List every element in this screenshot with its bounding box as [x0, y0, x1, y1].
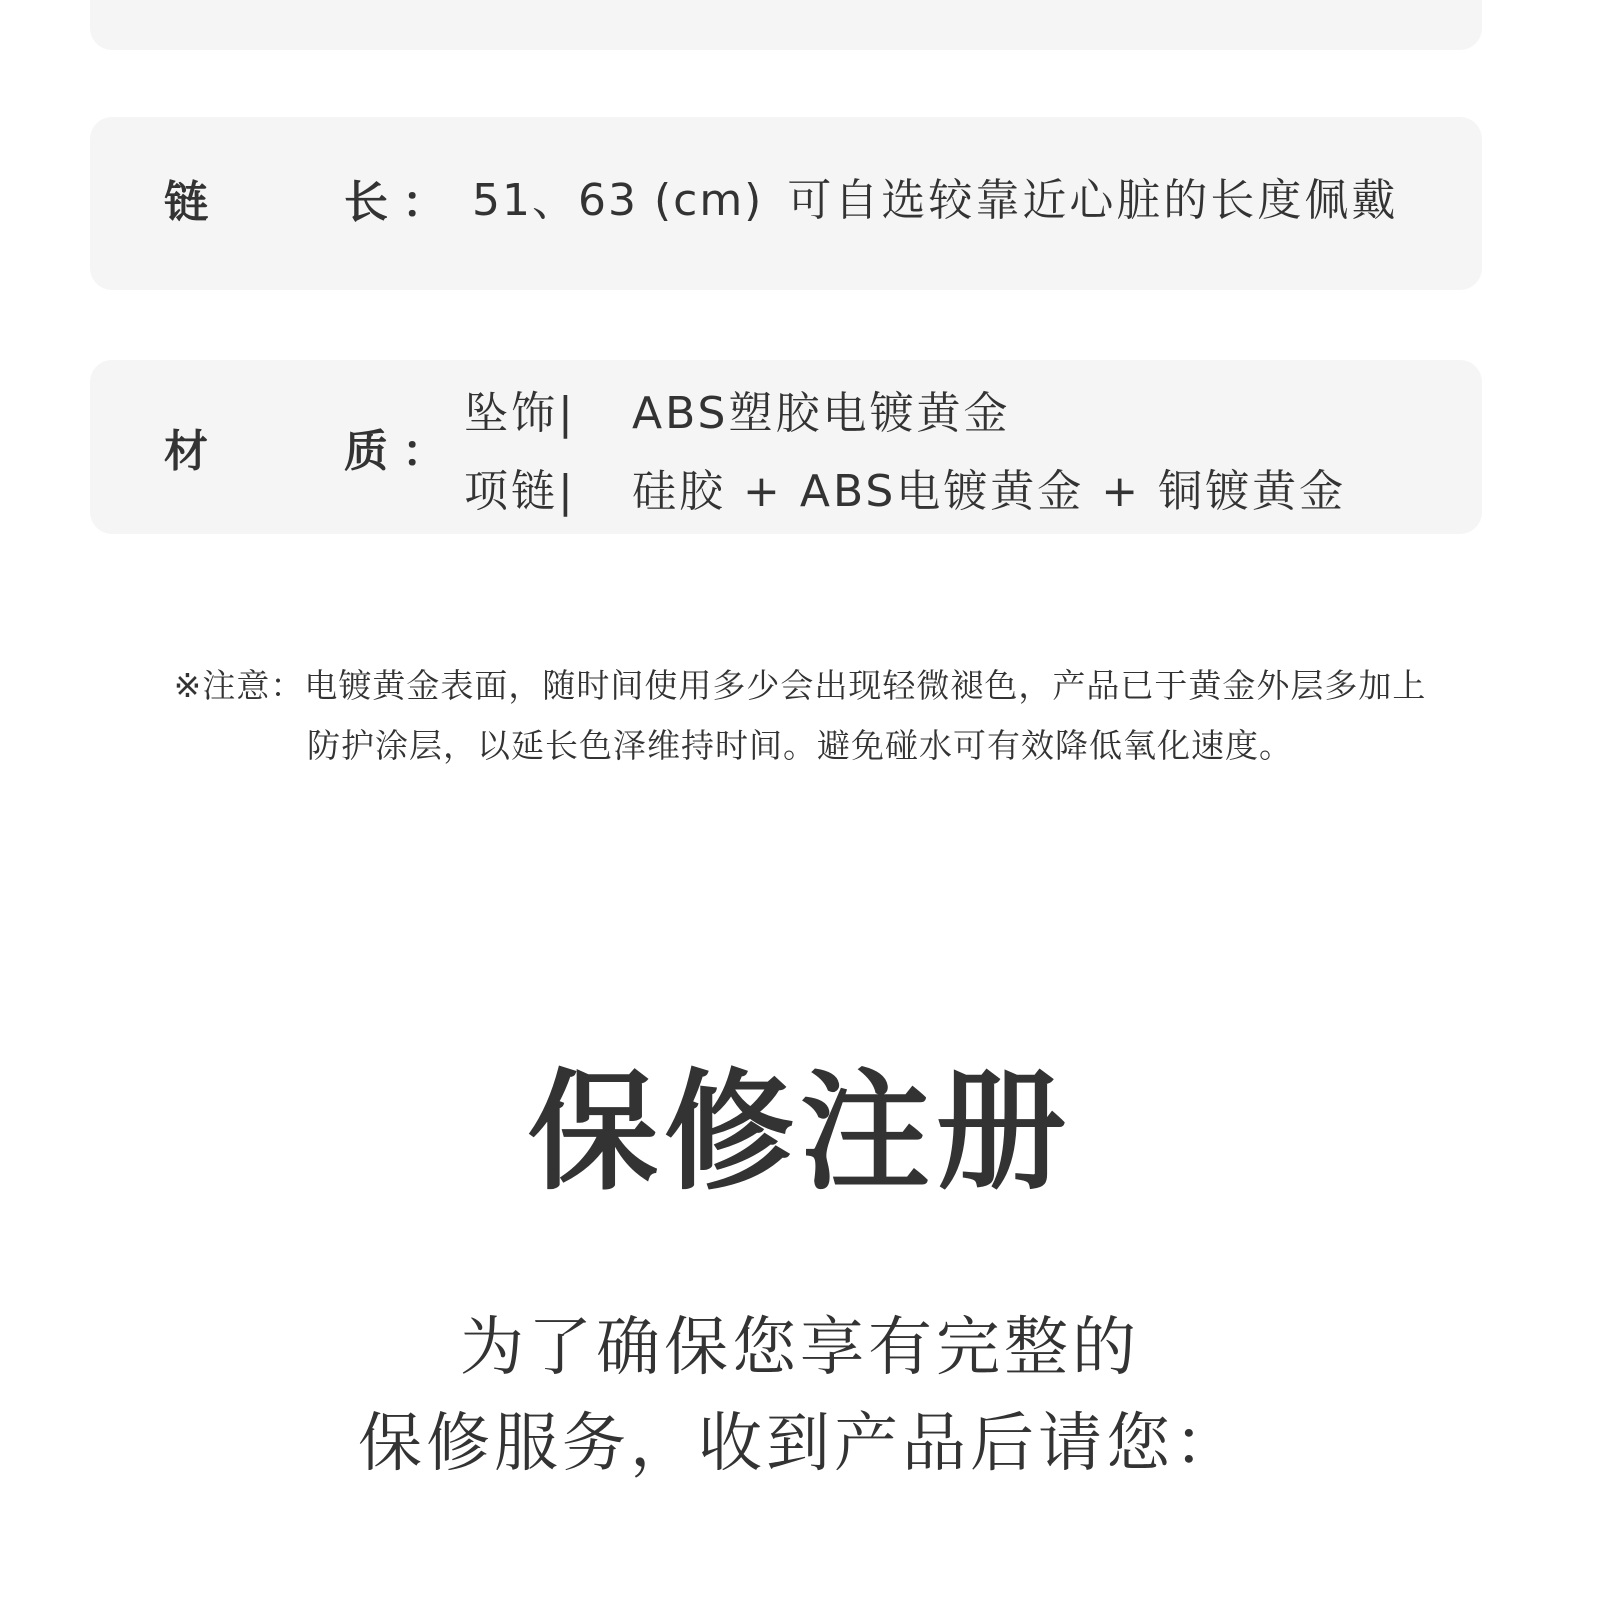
warranty-subtitle-line-1: 为了确保您享有完整的 — [0, 1300, 1600, 1396]
label-char: 质 — [344, 430, 388, 474]
spec-card-material: 材 质 ： 坠饰|ABS塑胶电镀黄金 项链|硅胶 + ABS电镀黄金 + 铜镀黄… — [90, 360, 1482, 534]
material-part: 项链| — [464, 470, 632, 514]
material-row-pendant: 坠饰|ABS塑胶电镀黄金 — [464, 392, 1010, 436]
label-char: 材 — [164, 430, 208, 474]
material-value: 硅胶 + ABS电镀黄金 + 铜镀黄金 — [632, 466, 1346, 517]
label-colon: ： — [402, 430, 446, 474]
label-char: 长 — [344, 181, 388, 225]
chain-length-note: 可自选较靠近心脏的长度佩戴 — [787, 175, 1398, 226]
notice-line-1: ※注意：电镀黄金表面，随时间使用多少会出现轻微褪色，产品已于黄金外层多加上 — [0, 656, 1600, 716]
material-row-necklace: 项链|硅胶 + ABS电镀黄金 + 铜镀黄金 — [464, 470, 1346, 514]
warranty-title: 保修注册 — [0, 1060, 1600, 1203]
material-value: ABS塑胶电镀黄金 — [632, 388, 1010, 439]
label-colon: ： — [402, 181, 446, 225]
label-char: 链 — [164, 181, 208, 225]
material-part: 坠饰| — [464, 392, 632, 436]
notice-line-2: 防护涂层，以延长色泽维持时间。避免碰水可有效降低氧化速度。 — [0, 716, 1600, 776]
spec-value-chain-length: 51、63 (cm)可自选较靠近心脏的长度佩戴 — [472, 179, 1398, 223]
warranty-subtitle: 为了确保您享有完整的 保修服务，收到产品后请您： — [0, 1300, 1600, 1492]
warranty-subtitle-line-2: 保修服务，收到产品后请您： — [0, 1396, 1600, 1492]
spec-card-chain-length: 链 长 ： 51、63 (cm)可自选较靠近心脏的长度佩戴 — [90, 117, 1482, 290]
spec-card-previous — [90, 0, 1482, 50]
plating-notice: ※注意：电镀黄金表面，随时间使用多少会出现轻微褪色，产品已于黄金外层多加上 防护… — [0, 656, 1600, 776]
chain-length-value: 51、63 (cm) — [472, 175, 763, 226]
